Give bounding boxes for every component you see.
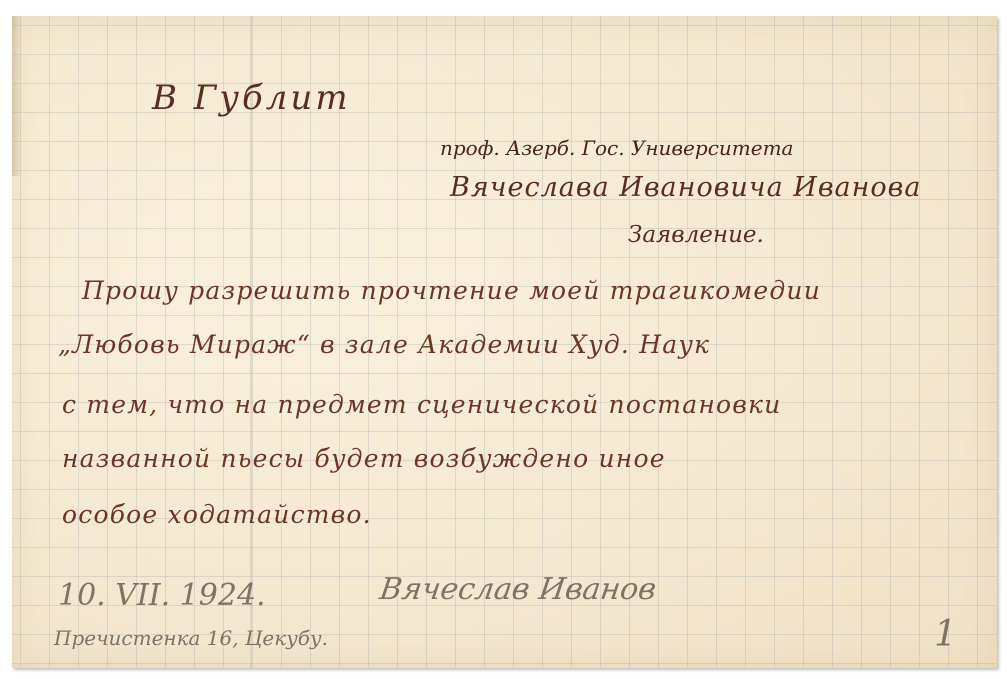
- date: 10. VII. 1924.: [58, 578, 266, 613]
- document-type: Заявление.: [628, 222, 764, 248]
- sender-name: Вячеслава Ивановича Иванова: [450, 172, 922, 203]
- body-line: особое ходатайство.: [62, 500, 372, 529]
- addressee: В Гублит: [152, 78, 351, 118]
- body-line: „Любовь Мираж“ в зале Академии Худ. Наук: [58, 330, 710, 359]
- body-line: названной пьесы будет возбуждено иное: [62, 444, 666, 473]
- body-line: с тем, что на предмет сценической постан…: [62, 390, 781, 419]
- signature: Вячеслав Иванов: [378, 572, 659, 607]
- torn-edge: [12, 16, 22, 176]
- sender-title: проф. Азерб. Гос. Университета: [440, 136, 793, 160]
- sender-address: Пречистенка 16, Цекубу.: [54, 626, 328, 650]
- body-line: Прошу разрешить прочтение моей трагикоме…: [82, 276, 821, 305]
- page-number: 1: [934, 614, 957, 655]
